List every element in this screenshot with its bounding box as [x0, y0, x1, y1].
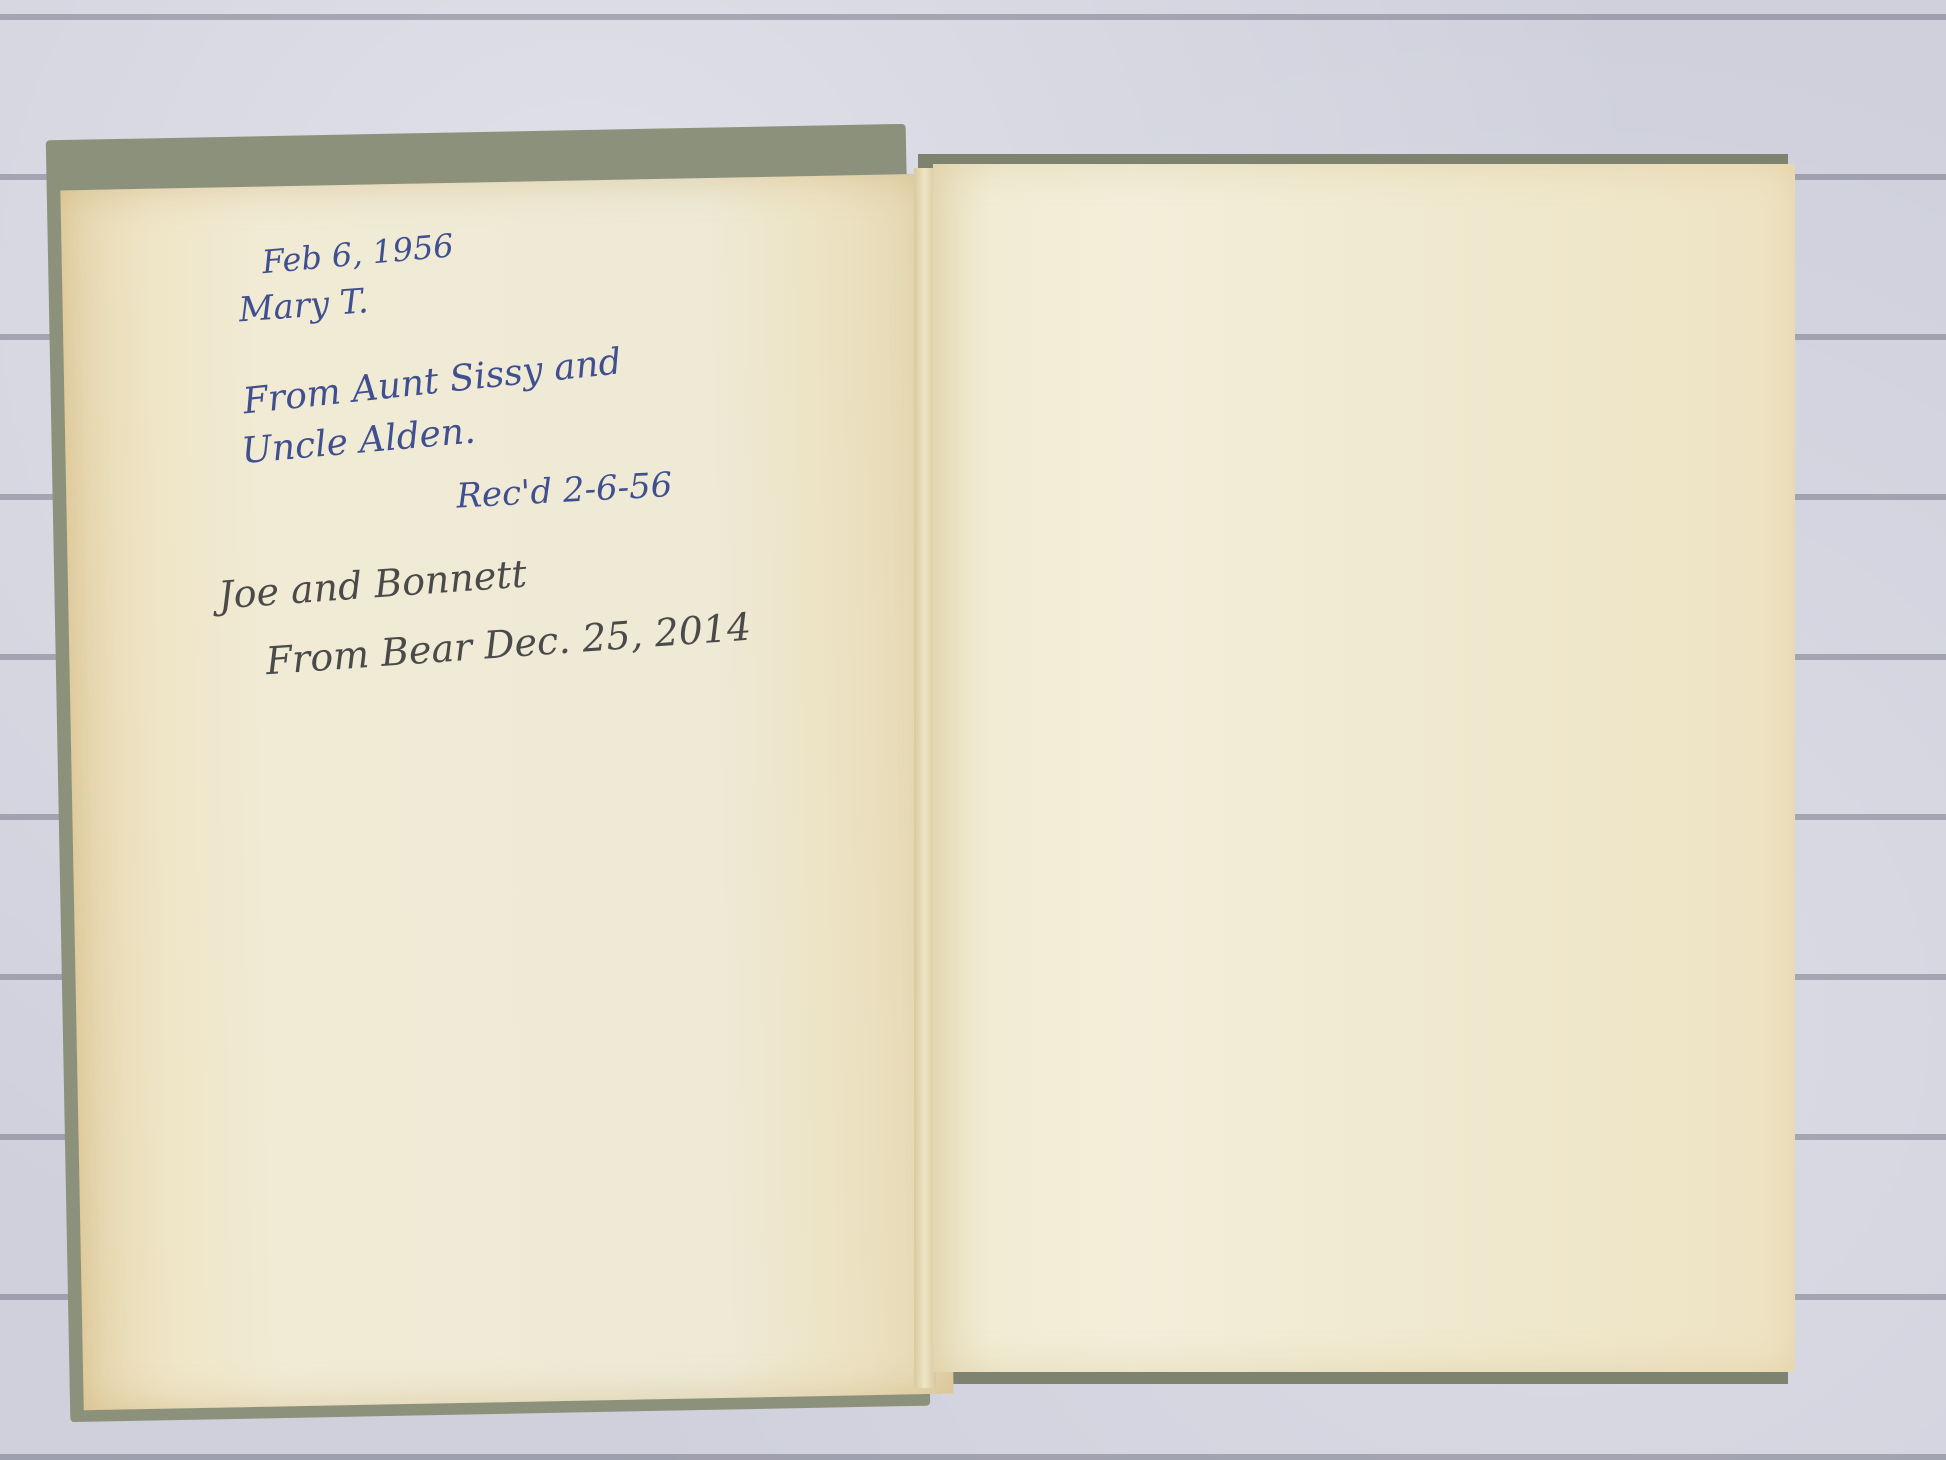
- front-pastedown-endpaper: Feb 6, 1956 Mary T. From Aunt Sissy and …: [60, 174, 953, 1410]
- inscription-from-cont: Uncle Alden.: [240, 410, 477, 472]
- free-front-endpaper: [933, 164, 1795, 1372]
- pencil-from-date: From Bear Dec. 25, 2014: [264, 605, 752, 684]
- inscription-recipient: Mary T.: [237, 281, 369, 330]
- pencil-recipients: Joe and Bonnett: [217, 552, 528, 618]
- inscription-date: Feb 6, 1956: [260, 226, 455, 281]
- open-book: Feb 6, 1956 Mary T. From Aunt Sissy and …: [58, 132, 1798, 1414]
- inscription-from: From Aunt Sissy and: [241, 341, 624, 422]
- inscription-received-date: Rec'd 2-6-56: [455, 465, 673, 517]
